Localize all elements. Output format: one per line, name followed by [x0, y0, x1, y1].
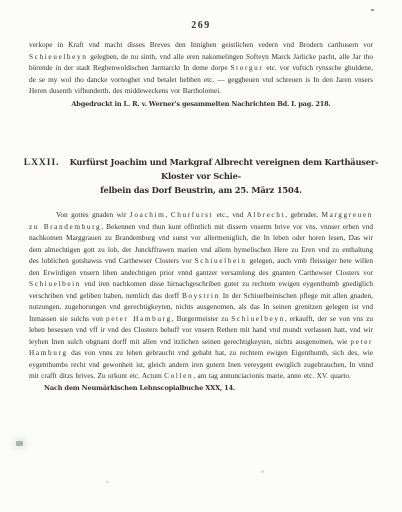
entry-heading: LXXII.Kurfürst Joachim und Markgraf Albr…	[20, 156, 382, 198]
scan-artifact	[16, 441, 23, 446]
entry-source-note: Nach dem Neumärkischen Lehnscopialbuche …	[44, 384, 402, 393]
page-number: 269	[0, 20, 402, 31]
entry-title-line1: Kurfürst Joachim und Markgraf Albrecht v…	[70, 157, 379, 182]
scan-speck	[261, 470, 264, 473]
entry-body: Von gottes gnaden wir Joachim, Churfurst…	[29, 209, 373, 382]
scan-speck	[371, 9, 374, 11]
entry-number: LXXII.	[24, 158, 60, 168]
document-page: 269 verkope in Kraft vnd macht disses Br…	[0, 0, 402, 512]
previous-entry-source-note: Abgedruckt in L. R. v. Werner's gesammel…	[0, 100, 402, 109]
previous-entry-body: verkope in Kraft vnd macht disses Breves…	[29, 39, 373, 97]
scan-speck	[106, 481, 109, 483]
entry-title-line2: felbein das Dorf Beustrin, am 25. März 1…	[100, 185, 302, 195]
